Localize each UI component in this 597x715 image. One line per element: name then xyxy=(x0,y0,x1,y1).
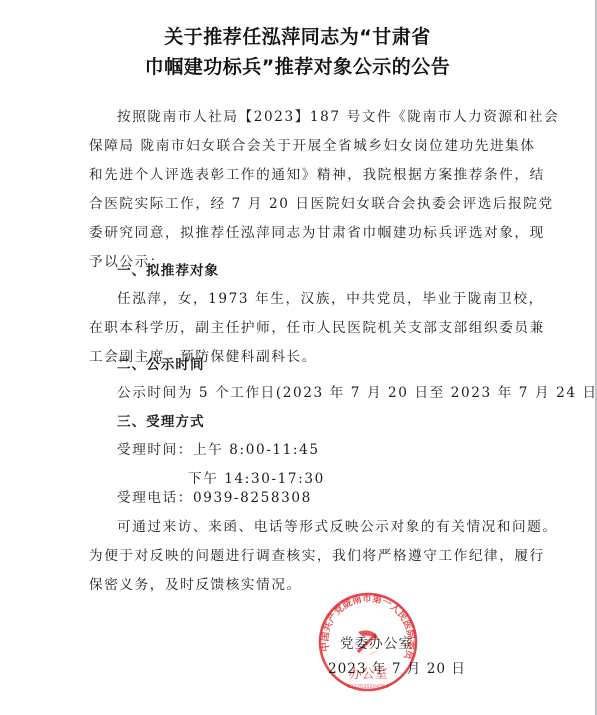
section-1-heading: 一、拟推荐对象 xyxy=(117,262,505,280)
signature-date: 2023 年 7 月 20 日 xyxy=(328,657,466,677)
signature-office: 党委办公室 xyxy=(340,632,413,652)
reception-time-am: 受理时间：上午 8:00-11:45 xyxy=(117,441,505,459)
closing-line-2: 为便于对反映的问题进行调查核实，我们将严格遵守工作纪律，履行 xyxy=(89,547,505,565)
document-page: 关于推荐任泓萍同志为“甘肃省 巾帼建功标兵”推荐对象公示的公告 按照陇南市人社局… xyxy=(0,0,595,715)
intro-line-1: 按照陇南市人社局【2023】187 号文件《陇南市人力资源和社会 xyxy=(117,108,505,126)
title-line-1: 关于推荐任泓萍同志为“甘肃省 xyxy=(0,22,595,49)
svg-text:6212020204364: 6212020204364 xyxy=(347,684,388,690)
title-line-2: 巾帼建功标兵”推荐对象公示的公告 xyxy=(0,52,595,79)
closing-line-3: 保密义务，及时反馈核实情况。 xyxy=(89,576,505,594)
section-2-line-1: 公示时间为 5 个工作日(2023 年 7 月 20 日至 2023 年 7 月… xyxy=(117,384,505,402)
section-3-heading: 三、受理方式 xyxy=(117,413,505,431)
reception-phone: 受理电话：0939-8258308 xyxy=(117,489,505,507)
intro-line-5: 委研究同意，拟推荐任泓萍同志为甘肃省巾帼建功标兵评选对象，现 xyxy=(89,224,505,242)
section-2-heading: 二、公示时间 xyxy=(117,356,505,374)
reception-time-pm: 下午 14:30-17:30 xyxy=(188,470,488,488)
closing-line-1: 可通过来访、来函、电话等形式反映公示对象的有关情况和问题。 xyxy=(117,518,505,536)
intro-line-3: 和先进个人评选表彰工作的通知》精神，我院根据方案推荐条件，结 xyxy=(89,166,505,184)
section-1-line-2: 在职本科学历，副主任护师，任市人民医院机关支部支部组织委员兼 xyxy=(89,319,505,337)
section-1-line-1: 任泓萍，女，1973 年生，汉族，中共党员，毕业于陇南卫校， xyxy=(117,290,505,308)
intro-line-2: 保障局 陇南市妇女联合会关于开展全省城乡妇女岗位建功先进集体 xyxy=(89,137,505,155)
intro-line-4: 合医院实际工作，经 7 月 20 日医院妇女联合会执委会评选后报院党 xyxy=(89,195,505,213)
